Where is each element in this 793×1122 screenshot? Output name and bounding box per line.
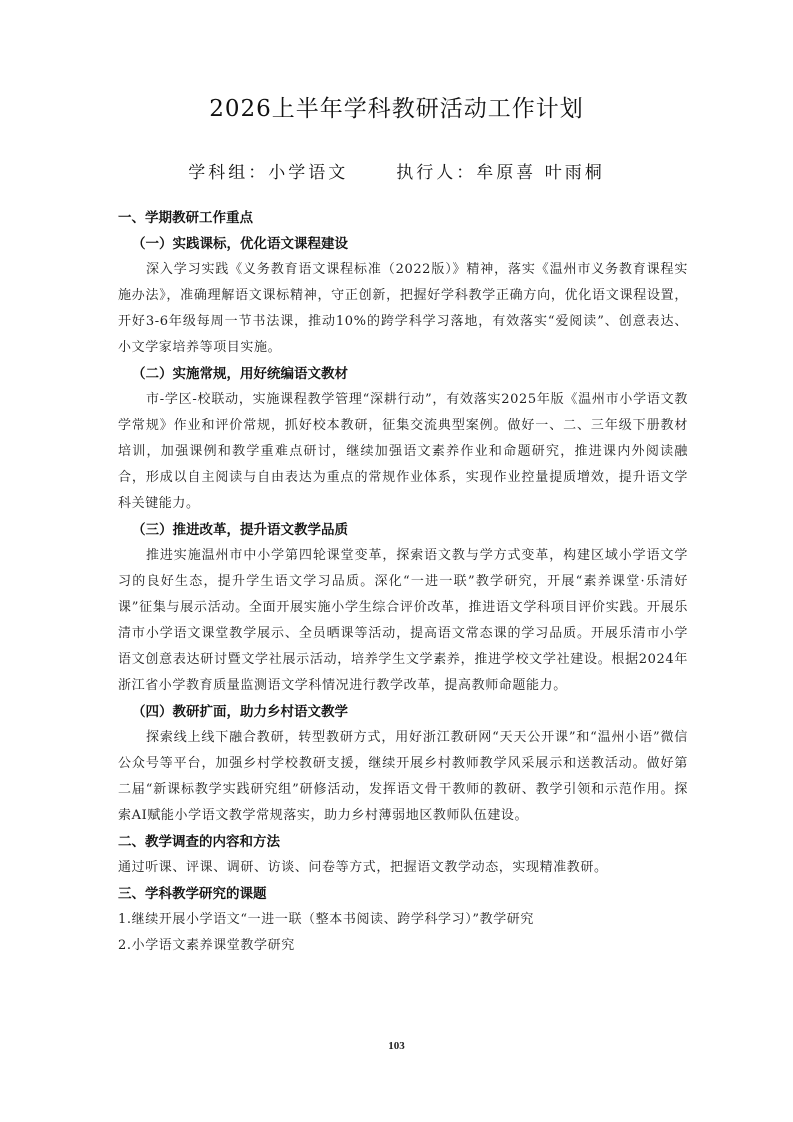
section-heading-3: 三、学科教学研究的课题: [118, 881, 688, 907]
subsection-body-1: 深入学习实践《义务教育语文课程标准（2022版）》精神，落实《温州市义务教育课程…: [118, 257, 688, 361]
subsection-body-3: 推进实施温州市中小学第四轮课堂变革，探索语文教与学方式变革，构建区域小学语文学习…: [118, 543, 688, 699]
subsection-heading-1: （一）实践课标，优化语文课程建设: [118, 231, 688, 257]
subsection-body-4: 探索线上线下融合教研，转型教研方式，用好浙江教研网“天天公开课”和“温州小语”微…: [118, 725, 688, 829]
document-page: 2026上半年学科教研活动工作计划 学科组：小学语文执行人：牟原喜 叶雨桐 一、…: [0, 0, 793, 1122]
document-title: 2026上半年学科教研活动工作计划: [0, 90, 793, 123]
subsection-heading-3: （三）推进改革，提升语文教学品质: [118, 517, 688, 543]
document-meta: 学科组：小学语文执行人：牟原喜 叶雨桐: [0, 158, 793, 183]
document-body: 一、学期教研工作重点 （一）实践课标，优化语文课程建设 深入学习实践《义务教育语…: [118, 205, 688, 959]
research-topic-item: 1.继续开展小学语文“一进一联（整本书阅读、跨学科学习）”教学研究: [118, 907, 688, 933]
research-topic-item: 2.小学语文素养课堂教学研究: [118, 933, 688, 959]
subsection-heading-2: （二）实施常规，用好统编语文教材: [118, 361, 688, 387]
subject-group-label: 学科组：小学语文: [188, 163, 348, 183]
page-number: 103: [0, 1040, 793, 1052]
subsection-heading-4: （四）教研扩面，助力乡村语文教学: [118, 699, 688, 725]
section-body-2: 通过听课、评课、调研、访谈、问卷等方式，把握语文教学动态，实现精准教研。: [118, 855, 688, 881]
subsection-body-2: 市-学区-校联动，实施课程教学管理“深耕行动”，有效落实2025年版《温州市小学…: [118, 387, 688, 517]
executor-label: 执行人：牟原喜 叶雨桐: [396, 163, 604, 183]
section-heading-2: 二、教学调查的内容和方法: [118, 829, 688, 855]
section-heading-1: 一、学期教研工作重点: [118, 205, 688, 231]
